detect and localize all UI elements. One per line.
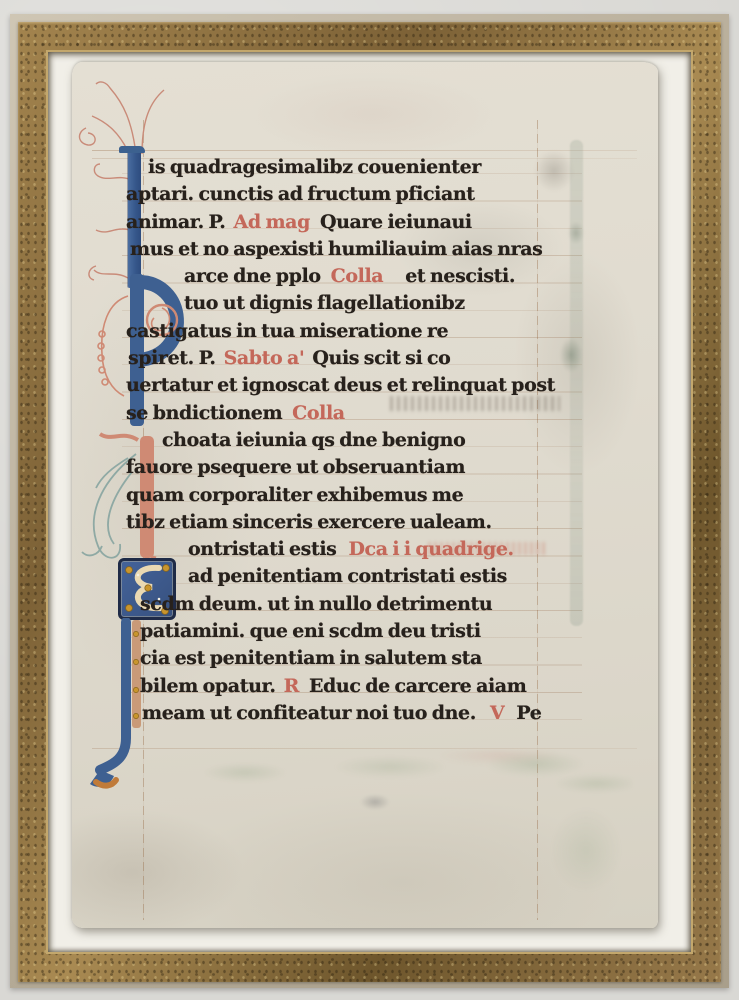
text-segment: scdm deum. ut in nullo detrimentu [140,591,492,618]
text-line: fauore psequere ut obseruantiam [126,454,596,481]
manuscript-leaf: is quadragesimalibz couenienteraptari. c… [72,62,658,928]
text-segment: ontristati estis [188,536,336,563]
text-segment: aptari. cunctis ad fructum pficiant [126,181,475,208]
rubric-segment: Dca i i quadrige. [348,536,513,563]
rubric-segment: Colla [331,263,384,290]
text-line: bilem opatur.REduc de carcere aiam [126,673,596,700]
rubric-segment: Colla [292,400,345,427]
text-segment: bilem opatur. [140,673,276,700]
text-line: choata ieiunia qs dne benigno [126,427,596,454]
text-line: spiret. P.Sabto a'Quis scit si co [126,345,596,372]
text-segment: spiret. P. [128,345,216,372]
text-line: meam ut confiteatur noi tuo dne.VPe [126,700,596,727]
text-line: castigatus in tua miseratione re [126,318,596,345]
text-segment: tuo ut dignis flagellationibz [184,290,465,317]
text-line: quam corporaliter exhibemus me [126,482,596,509]
text-segment: cia est penitentiam in salutem sta [140,645,482,672]
text-segment: animar. P. [126,209,226,236]
text-segment: tibz etiam sinceris exercere ualeam. [126,509,492,536]
text-line: tibz etiam sinceris exercere ualeam. [126,509,596,536]
rubric-segment: Sabto a' [224,345,305,372]
verso-showthrough-corner [502,802,622,922]
horizontal-ruling-bottom [92,748,637,749]
text-line: animar. P.Ad magQuare ieiunaui [126,209,596,236]
text-line: ontristati estisDca i i quadrige. [126,536,596,563]
text-segment: castigatus in tua miseratione re [126,318,448,345]
text-line: aptari. cunctis ad fructum pficiant [126,181,596,208]
text-line: uertatur et ignoscat deus et relinquat p… [126,372,596,399]
text-line: ad penitentiam contristati estis [126,563,596,590]
text-segment: et nescisti. [405,263,515,290]
text-segment: is quadragesimalibz couenienter [148,154,481,181]
text-segment: choata ieiunia qs dne benigno [162,427,465,454]
gilt-frame: is quadragesimalibz couenienteraptari. c… [18,22,721,982]
text-line: tuo ut dignis flagellationibz [126,290,596,317]
frame-outer-bevel: is quadragesimalibz couenienteraptari. c… [10,14,729,988]
rubric-segment: R [284,673,299,700]
text-segment: Pe [516,700,541,727]
wall-background: is quadragesimalibz couenienteraptari. c… [0,0,739,1000]
text-segment: uertatur et ignoscat deus et relinquat p… [126,372,555,399]
text-segment: Educ de carcere aiam [309,673,526,700]
text-segment: arce dne pplo [184,263,321,290]
text-line: se bndictionemColla [126,400,596,427]
mat-board: is quadragesimalibz couenienteraptari. c… [46,50,693,954]
text-segment: meam ut confiteatur noi tuo dne. [142,700,476,727]
text-line: patiamini. que eni scdm deu tristi [126,618,596,645]
text-line: is quadragesimalibz couenienter [126,154,596,181]
text-line: cia est penitentiam in salutem sta [126,645,596,672]
rubric-segment: V [490,700,504,727]
rubric-segment: Ad mag [234,209,310,236]
horizontal-ruling-top [92,150,637,151]
verso-showthrough-bottom [192,750,632,806]
text-segment: fauore psequere ut obseruantiam [126,454,465,481]
text-segment: patiamini. que eni scdm deu tristi [140,618,481,645]
text-segment: ad penitentiam contristati estis [188,563,507,590]
text-line: scdm deum. ut in nullo detrimentu [126,591,596,618]
text-line: mus et no aspexisti humiliauim aias nras [126,236,596,263]
text-line: arce dne pploCollaet nescisti. [126,263,596,290]
text-segment: se bndictionem [126,400,282,427]
text-segment: Quare ieiunaui [320,209,472,236]
text-block: is quadragesimalibz couenienteraptari. c… [126,154,596,727]
text-segment: quam corporaliter exhibemus me [126,482,463,509]
text-segment: mus et no aspexisti humiliauim aias nras [130,236,542,263]
text-segment: Quis scit si co [312,345,450,372]
